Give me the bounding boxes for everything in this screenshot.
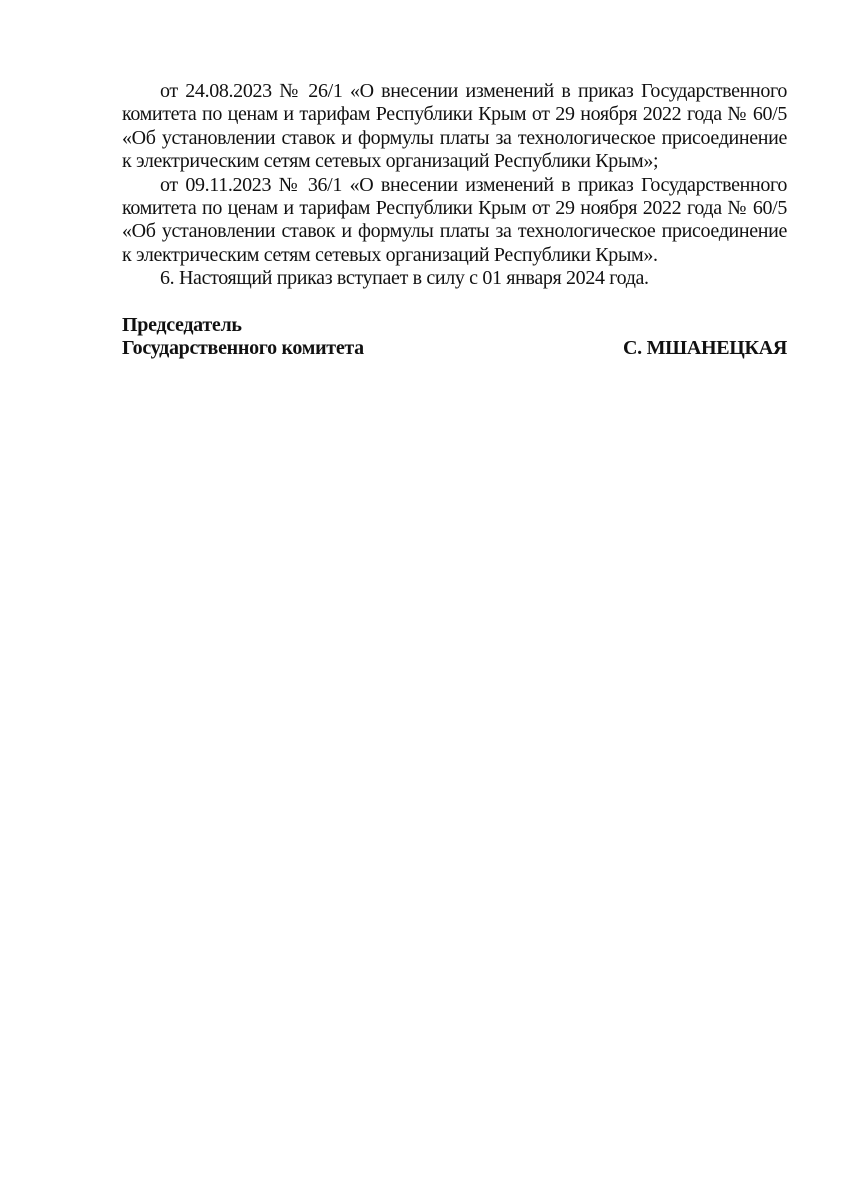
paragraph-amendment-26-1: от 24.08.2023 № 26/1 «О внесении изменен… xyxy=(122,80,787,174)
signature-line: Государственного комитета С. МШАНЕЦКАЯ xyxy=(122,337,787,360)
signature-block: Председатель Государственного комитета С… xyxy=(122,314,787,361)
signatory-title-line2: Государственного комитета xyxy=(122,337,364,360)
signatory-title-line1: Председатель xyxy=(122,314,787,337)
paragraph-effective-date: 6. Настоящий приказ вступает в силу с 01… xyxy=(122,267,787,290)
document-page: от 24.08.2023 № 26/1 «О внесении изменен… xyxy=(122,80,787,360)
paragraph-amendment-36-1: от 09.11.2023 № 36/1 «О внесении изменен… xyxy=(122,174,787,268)
signatory-name: С. МШАНЕЦКАЯ xyxy=(623,337,787,360)
